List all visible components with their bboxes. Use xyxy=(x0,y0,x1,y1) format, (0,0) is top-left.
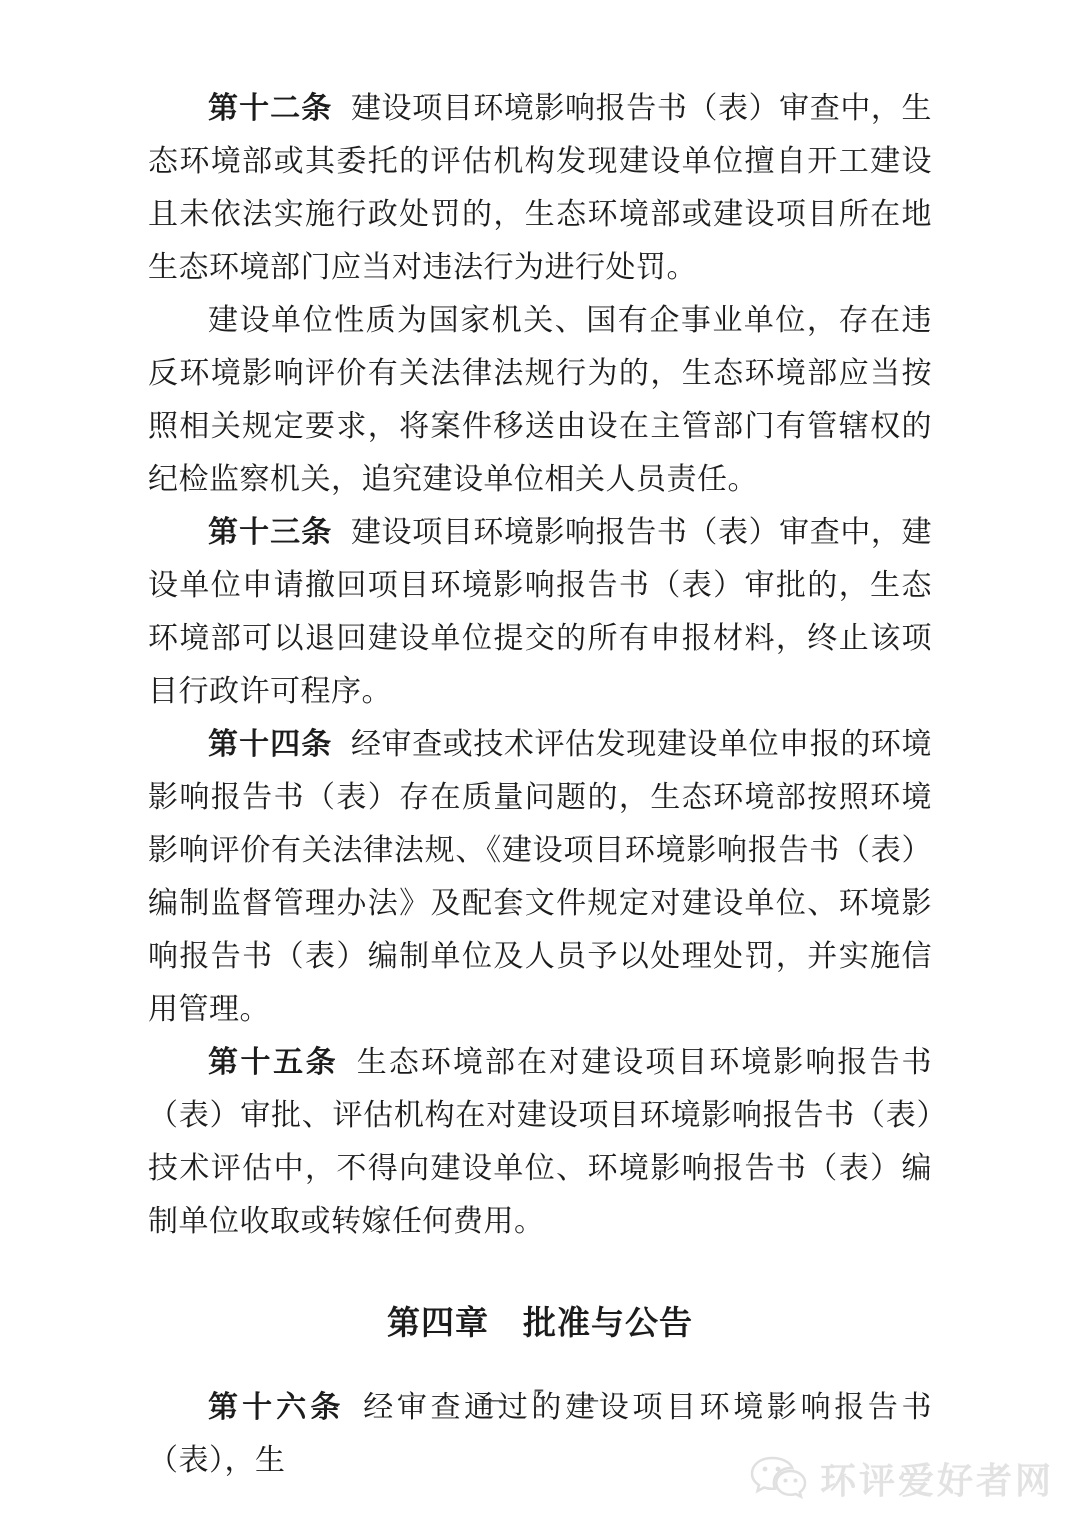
article-paragraph: 第十五条生态环境部在对建设项目环境影响报告书（表）审批、评估机构在对建设项目环境… xyxy=(148,1036,932,1248)
wechat-icon xyxy=(748,1454,810,1504)
article-number: 第十三条 xyxy=(208,516,332,549)
watermark: 环评爱好者网 xyxy=(748,1453,1054,1504)
article-number: 第十五条 xyxy=(208,1046,338,1079)
article-text: 经审查或技术评估发现建设单位申报的环境影响报告书（表）存在质量问题的，生态环境部… xyxy=(148,728,932,1026)
article-number: 第十二条 xyxy=(208,92,332,125)
page-number: — 5 — xyxy=(0,1384,1080,1414)
document-body: 第十二条建设项目环境影响报告书（表）审查中，生态环境部或其委托的评估机构发现建设… xyxy=(148,82,932,1487)
article-text: 建设单位性质为国家机关、国有企事业单位，存在违反环境影响评价有关法律法规行为的，… xyxy=(148,304,932,496)
article-paragraph: 第十二条建设项目环境影响报告书（表）审查中，生态环境部或其委托的评估机构发现建设… xyxy=(148,82,932,294)
chapter-heading: 第四章 批准与公告 xyxy=(148,1296,932,1349)
article-paragraph: 第十四条经审查或技术评估发现建设单位申报的环境影响报告书（表）存在质量问题的，生… xyxy=(148,718,932,1036)
watermark-label: 环评爱好者网 xyxy=(820,1453,1054,1504)
article-paragraph: 建设单位性质为国家机关、国有企事业单位，存在违反环境影响评价有关法律法规行为的，… xyxy=(148,294,932,506)
article-number: 第十四条 xyxy=(208,728,332,761)
article-paragraph: 第十三条建设项目环境影响报告书（表）审查中，建设单位申请撤回项目环境影响报告书（… xyxy=(148,506,932,718)
document-page: 第十二条建设项目环境影响报告书（表）审查中，生态环境部或其委托的评估机构发现建设… xyxy=(0,0,1080,1526)
